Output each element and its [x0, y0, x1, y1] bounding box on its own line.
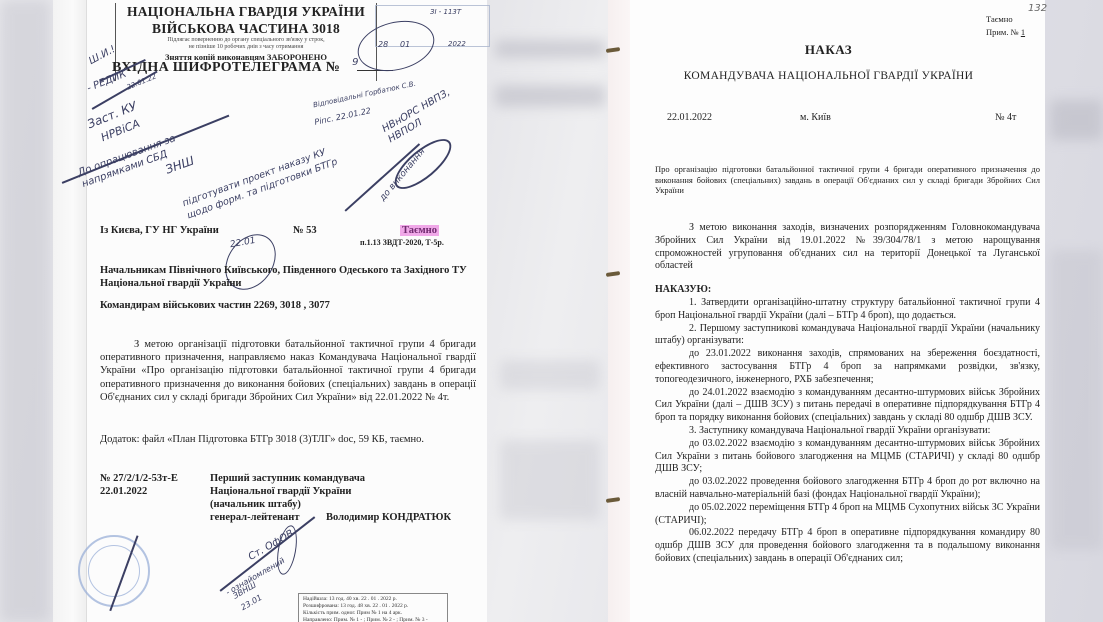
order-title: НАКАЗ — [610, 42, 1047, 58]
unit-name: ВІЙСЬКОВА ЧАСТИНА 3018 — [116, 20, 376, 37]
receipt-info-box: Надійшла: 13 год. 40 хв. 22 . 01 . 2022 … — [298, 593, 448, 622]
classification-ref: п.1.13 ЗВДТ-2020, Т-5р. — [360, 238, 444, 247]
order-paragraph: до 05.02.2022 переміщення БТГр 4 броп на… — [655, 502, 1040, 528]
order-number: № 4т — [995, 112, 1016, 123]
telegram-title: ВХІДНА ШИФРОТЕЛЕГРАМА № — [112, 60, 340, 75]
recipients-units: Командирам військових частин 2269, 3018 … — [100, 299, 330, 312]
receipt-line: Надійшла: 13 год. 40 хв. 22 . 01 . 2022 … — [303, 596, 443, 603]
background-blur — [495, 85, 605, 107]
page-binding — [53, 0, 87, 622]
signatory-title: Національної гвардії України — [210, 485, 351, 498]
classification-badge: Таємно — [400, 224, 439, 237]
order-paragraph: до 23.01.2022 виконання заходів, спрямов… — [655, 348, 1040, 386]
order-paragraph: до 03.02.2022 проведення бойового злагод… — [655, 476, 1040, 502]
sender: Із Києва, ГУ НГ України — [100, 224, 219, 237]
signatory-name: Володимир КОНДРАТЮК — [326, 511, 451, 524]
signatory-rank: генерал-лейтенант — [210, 511, 300, 524]
page-binding — [608, 0, 630, 622]
background-blur — [500, 440, 600, 520]
registration-number: ЗІ - 113Т — [430, 8, 461, 16]
receipt-line: Кількість прим. одног. Прим № 1 на 4 арк… — [303, 610, 443, 617]
order-date: 22.01.2022 — [667, 112, 712, 123]
return-note: не пізніше 10 робочих днів з часу отрима… — [116, 44, 376, 51]
outgoing-number: № 27/2/1/2-53т-Е — [100, 472, 178, 485]
order-heading: НАКАЗУЮ: — [655, 284, 711, 297]
background-blur — [1050, 100, 1103, 140]
return-note: Підлягає поверненню до органу спеціально… — [116, 37, 376, 44]
attachment: Додаток: файл «План Підготовка БТГр 3018… — [100, 433, 424, 446]
receipt-line: Розшифрована: 13 год. 48 хв. 22 . 01 . 2… — [303, 603, 443, 610]
order-paragraph: 3. Заступнику командувача Національної г… — [655, 425, 1040, 438]
telegram-body: З метою організації підготовки батальйон… — [100, 338, 476, 404]
background-blur — [500, 360, 600, 390]
recipients: Начальникам Північного Київського, Півде… — [100, 264, 480, 290]
order-paragraph: до 03.02.2022 взаємодію з командуванням … — [655, 438, 1040, 476]
page-number: 132 — [1028, 3, 1047, 14]
order-city: м. Київ — [800, 112, 831, 123]
copy-number: Прим. № 1 — [986, 27, 1025, 37]
telegram-number: 9 — [352, 57, 358, 68]
outgoing-date: 22.01.2022 — [100, 485, 147, 498]
signatory-title: (начальник штабу) — [210, 498, 301, 511]
background-blur — [0, 0, 50, 622]
receipt-line: Направлено: Прим. № 1 - ; Прим. № 2 - ; … — [303, 617, 443, 622]
order-paragraphs: 1. Затвердити організаційно-штатну струк… — [655, 297, 1040, 566]
registration-year: 2022 — [448, 40, 466, 48]
background-blur — [495, 40, 605, 58]
order-paragraph: 1. Затвердити організаційно-штатну струк… — [655, 297, 1040, 323]
order-preamble: З метою виконання заходів, визначених ро… — [655, 222, 1040, 273]
telegram-out-number: № 53 — [293, 224, 317, 237]
order-subject: Про організацію підготовки батальйонної … — [655, 164, 1040, 196]
order-paragraph: до 24.01.2022 взаємодію з командуванням … — [655, 387, 1040, 425]
order-paragraph: 2. Першому заступникові командувача Наці… — [655, 323, 1040, 349]
classification: Таємно — [986, 14, 1013, 24]
org-name: НАЦІОНАЛЬНА ГВАРДІЯ УКРАЇНИ — [116, 3, 376, 20]
background-blur — [1050, 250, 1103, 550]
order-paragraph: 06.02.2022 передачу БТГр 4 броп в операт… — [655, 527, 1040, 565]
signatory-title: Перший заступник командувача — [210, 472, 365, 485]
order-subtitle: КОМАНДУВАЧА НАЦІОНАЛЬНОЇ ГВАРДІЇ УКРАЇНИ — [610, 70, 1047, 82]
